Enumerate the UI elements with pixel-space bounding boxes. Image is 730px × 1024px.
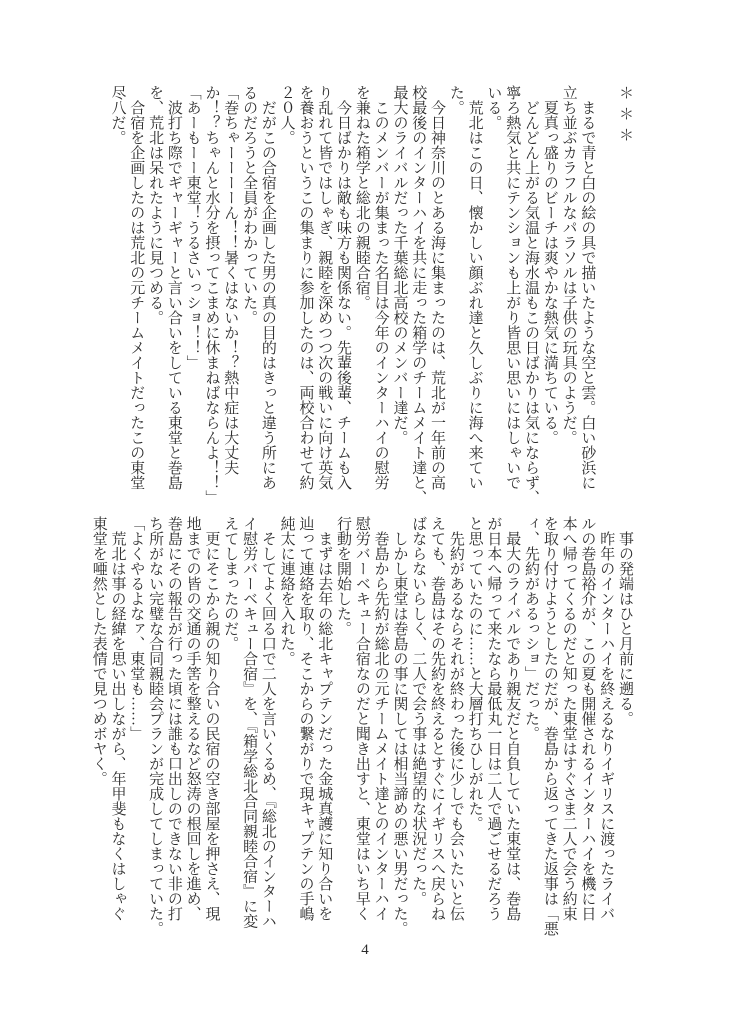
text-line: 校最後のインターハイを共に走った箱学のチームメイト達と、	[408, 85, 427, 517]
page-number: 4	[340, 942, 390, 959]
text-line: 寧ろ熱気と共にテンションも上がり皆思い思いにはしゃいで	[502, 85, 521, 517]
text-line: と思っていたのに……と大層打ちひしがれた。	[465, 516, 484, 948]
text-line: 本へ帰ってくるのだと知った東堂はすぐさま二人で会う約束	[559, 516, 578, 948]
text-line: 東堂を唖然とした表情で見つめボヤく。	[89, 516, 108, 948]
text-line: しかし東堂は巻島の事に関しては相当諦めの悪い男だった。	[390, 516, 409, 948]
text-line: イ慰労バーベキュー合宿』を、『箱学総北合同親睦合宿』に変	[239, 516, 258, 948]
text-line: ち所がない完璧な合同親睦会プランが完成してしまっていた。	[145, 516, 164, 948]
text-line: ルの巻島裕介が、この夏も開催されるインターハイを機に日	[578, 516, 597, 948]
text-line: 夏真っ盛りのビーチは爽やかな熱気に満ちている。	[540, 85, 559, 517]
text-line: 慰労バーベキュー合宿なのだと聞き出すと、東堂はいち早く	[352, 516, 371, 948]
text-line: 最大のライバルであり親友だと自負していた東堂は、巻島	[502, 516, 521, 948]
text-line: 「巻ちゃーーーーん！！暑くはないか！？熱中症は大丈夫	[220, 85, 239, 517]
text-line: ２０人。	[277, 85, 296, 517]
text-line: 今日神奈川のとある海に集まったのは、荒北が一年前の高	[427, 85, 446, 517]
text-line: 今日ばかりは敵も味方も関係ない。先輩後輩、チームも入	[333, 85, 352, 517]
text-line: このメンバーが集まった名目は今年のインターハイの慰労	[371, 85, 390, 517]
text-line: 「よくやるよなァ、東堂も……」	[126, 516, 145, 948]
text-line: 最大のライバルだった千葉総北高校のメンバー達だ。	[390, 85, 409, 517]
text-line: 事の発端はひと月前に遡る。	[615, 516, 634, 948]
text-line: 尽八だ。	[108, 85, 127, 517]
text-line: 荒北はこの日、懐かしい顔ぶれ達と久しぶりに海へ来てい	[465, 85, 484, 517]
text-line: 「あーもーー東堂！うるさいっショ！！」	[183, 85, 202, 517]
text-line: るのだろうと全員がわかっていた。	[239, 85, 258, 517]
text-line: えても、巻島はその先約を終えるとすぐにイギリスへ戻らね	[427, 516, 446, 948]
text-line: えてしまったのだ。	[220, 516, 239, 948]
text-line: を養おうというこの集まりに参加したのは、両校合わせて約	[296, 85, 315, 517]
text-line: 更にそこから親の知り合いの民宿の空き部屋を押さえ、現	[202, 516, 221, 948]
text-line: まずは去年の総北キャプテンだった金城真護に知り合いを	[314, 516, 333, 948]
text-line: を兼ねた箱学と総北の親睦合宿。	[352, 85, 371, 517]
text-line: 行動を開始した。	[333, 516, 352, 948]
text-line: どんどん上がる気温と海水温もこの日ばかりは気にならず、	[521, 85, 540, 517]
text-line: 荒北は事の経緯を思い出しながら、年甲斐もなくはしゃぐ	[108, 516, 127, 948]
lower-text-block: 事の発端はひと月前に遡る。 昨年のインターハイを終えるなりイギリスに渡ったライバ…	[89, 516, 634, 948]
text-line: か！？ちゃんと水分を摂ってこまめに休まねばならんよ！！」	[202, 85, 221, 517]
text-line: だがこの合宿を企画した男の真の目的はきっと違う所にあ	[258, 85, 277, 517]
text-line: 辿って連絡を取り、そこからの繋がりで現キャプテンの手嶋	[296, 516, 315, 948]
text-line: 立ち並ぶカラフルなパラソルは子供の玩具のようだ。	[559, 85, 578, 517]
text-line: 地までの皆の交通の手筈を整えるなど怒涛の根回しを進め、	[183, 516, 202, 948]
novel-page: ＊＊＊ まるで青と白の絵の具で描いたような空と雲。白い砂浜に立ち並ぶカラフルなパ…	[0, 0, 730, 1024]
text-line	[596, 85, 615, 517]
text-line: まるで青と白の絵の具で描いたような空と雲。白い砂浜に	[578, 85, 597, 517]
text-line: そしてよく回る口で二人を言いくるめ、『総北のインターハ	[258, 516, 277, 948]
text-line: ＊＊＊	[615, 85, 634, 517]
upper-text-block: ＊＊＊ まるで青と白の絵の具で描いたような空と雲。白い砂浜に立ち並ぶカラフルなパ…	[108, 85, 634, 517]
text-line: 巻島から先約が総北の元チームメイト達とのインターハイ	[371, 516, 390, 948]
text-line: ィ、先約があるっショ」だった。	[521, 516, 540, 948]
text-line: を、荒北は呆れたように見つめる。	[145, 85, 164, 517]
text-line: を取り付けようとしたのだが、巻島から返ってきた返事は「悪	[540, 516, 559, 948]
text-line: ばならないらしく、二人で会う事は絶望的な状況だった。	[408, 516, 427, 948]
text-line: 純太に連絡を入れた。	[277, 516, 296, 948]
text-line: 合宿を企画したのは荒北の元チームメイトだったこの東堂	[126, 85, 145, 517]
text-line: 巻島にその報告が行った頃には誰も口出しのできない非の打	[164, 516, 183, 948]
text-line: た。	[446, 85, 465, 517]
text-line: が日本へ帰って来たなら最低丸一日は二人で過ごせるだろう	[484, 516, 503, 948]
text-line: り乱れて皆ではしゃぎ、親睦を深めつつ次の戦いに向け英気	[314, 85, 333, 517]
text-line: 昨年のインターハイを終えるなりイギリスに渡ったライバ	[596, 516, 615, 948]
text-line: 先約があるならそれが終わった後に少しでも会いたいと伝	[446, 516, 465, 948]
text-line: いる。	[484, 85, 503, 517]
text-line: 波打ち際でギャーギャーと言い合いをしている東堂と巻島	[164, 85, 183, 517]
